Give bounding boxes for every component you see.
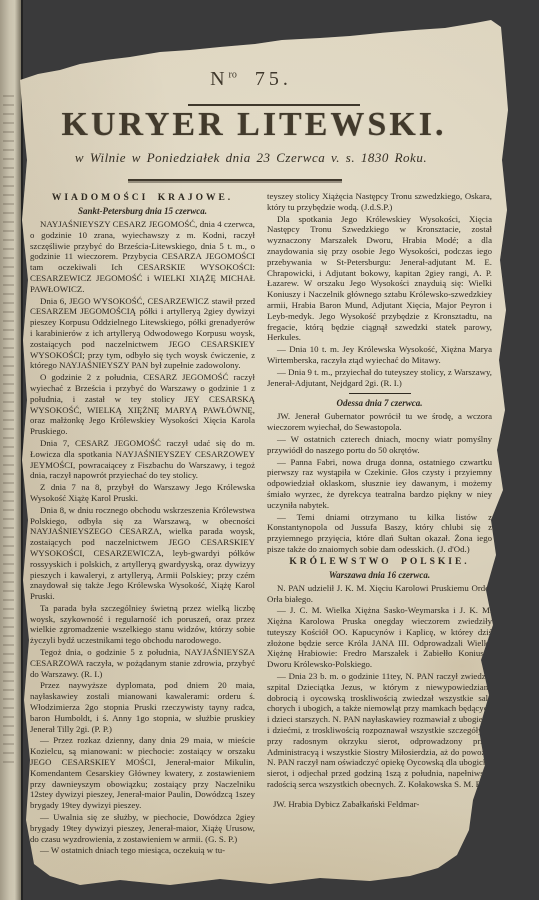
dateline-odessa: Odessa dnia 7 czerwca.	[267, 398, 492, 408]
paragraph: Dla spotkania Jego Królewskiey Wysokości…	[267, 214, 492, 344]
issue-number-prefix: N	[210, 68, 228, 90]
adjacent-page-edge	[0, 0, 23, 900]
paragraph: — W ostatnich dniach tego miesiąca, ocze…	[30, 845, 255, 856]
left-column: WIADOMOŚCI KRAJOWE. Sankt-Petersburg dni…	[30, 191, 255, 857]
warsaw-paragraphs: N. PAN udzielił J. K. M. Xięciu Karolowi…	[267, 583, 492, 790]
issue-number-value: 75.	[255, 68, 292, 90]
paragraph: — Przez rozkaz dzienny, dany dnia 29 mai…	[30, 735, 255, 811]
handwritten-date-note: 7. July 1830.	[44, 30, 158, 62]
paragraph: Dnia 8, w dniu rocznego obchodu wskrzesz…	[30, 505, 255, 602]
paragraph: teyszey stolicy Xiążęcia Następcy Tronu …	[267, 191, 492, 213]
paragraph: O godzinie 2 z południa, CESARZ JEGOMOŚĆ…	[30, 372, 255, 437]
newspaper-page: 7. July 1830. Nro 75. KURYER LITEWSKI. w…	[20, 0, 522, 900]
paragraph: — Uwalnia się ze służby, w piechocie, Do…	[30, 812, 255, 844]
paragraph: N. PAN udzielił J. K. M. Xięciu Karolowi…	[267, 583, 492, 605]
paragraph: — Panna Fabri, nowa druga donna, ostatni…	[267, 457, 492, 511]
paragraph: Z dnia 7 na 8, przybył do Warszawy Jego …	[30, 482, 255, 504]
right-column: teyszey stolicy Xiążęcia Następcy Tronu …	[267, 191, 492, 857]
section-divider-rule	[349, 393, 411, 394]
paragraph: Przez naywyższe dyplomata, pod dniem 20 …	[30, 680, 255, 734]
dateline-warsaw: Warszawa dnia 16 czerwca.	[267, 570, 492, 580]
catchword-line: JW. Hrabia Dybicz Zabałkański Feldmar-	[267, 799, 492, 810]
paragraph: Dnia 6, JEGO WYSOKOŚĆ, CESARZEWICZ stawi…	[30, 296, 255, 372]
issue-dateline: w Wilnie w Poniedziałek dnia 23 Czerwca …	[20, 150, 482, 166]
odessa-paragraphs: JW. Jenerał Gubernator powrócił tu we śr…	[267, 411, 492, 554]
dateline-petersburg: Sankt-Petersburg dnia 15 czerwca.	[30, 206, 255, 216]
header-divider-rule	[128, 179, 342, 181]
paragraph: — W ostatnich czterech dniach, mocny wia…	[267, 434, 492, 456]
paragraph: Tegoż dnia, o godzinie 5 z południa, NAY…	[30, 647, 255, 679]
paragraph: Dnia 7, CESARZ JEGOMOŚĆ raczył udać się …	[30, 438, 255, 481]
paragraph: — J. C. M. Wielka Xiężna Sasko-Weymarska…	[267, 605, 492, 670]
continued-paragraphs: teyszey stolicy Xiążęcia Następcy Tronu …	[267, 191, 492, 388]
petersburg-paragraphs: NAYJAŚNIEYSZY CESARZ JEGOMOŚĆ, dnia 4 cz…	[30, 219, 255, 856]
section-title-domestic-news: WIADOMOŚCI KRAJOWE.	[30, 193, 255, 203]
paragraph: NAYJAŚNIEYSZY CESARZ JEGOMOŚĆ, dnia 4 cz…	[30, 219, 255, 295]
issue-number-sup: ro	[229, 69, 237, 80]
paragraph: Ta parada była szczególniey świetną prze…	[30, 603, 255, 646]
masthead-title: KURYER LITEWSKI.	[20, 106, 488, 144]
article-columns: WIADOMOŚCI KRAJOWE. Sankt-Petersburg dni…	[30, 191, 492, 857]
paragraph: — Dnia 9 t. m., przyiechał do tuteyszey …	[267, 367, 492, 389]
paragraph: — Dnia 23 b. m. o godzinie 11tey, N. PAN…	[267, 671, 492, 790]
paragraph: — Dnia 10 t. m. Jey Królewska Wysokość, …	[267, 344, 492, 366]
section-title-kingdom-of-poland: KRÓLEWSTWO POLSKIE.	[267, 557, 492, 567]
scan-backdrop: 7. July 1830. Nro 75. KURYER LITEWSKI. w…	[0, 0, 539, 900]
paragraph: JW. Jenerał Gubernator powrócił tu we śr…	[267, 411, 492, 433]
issue-number: Nro 75.	[20, 68, 482, 91]
paragraph: — Temi dniami otrzymano tu kilka listów …	[267, 512, 492, 555]
